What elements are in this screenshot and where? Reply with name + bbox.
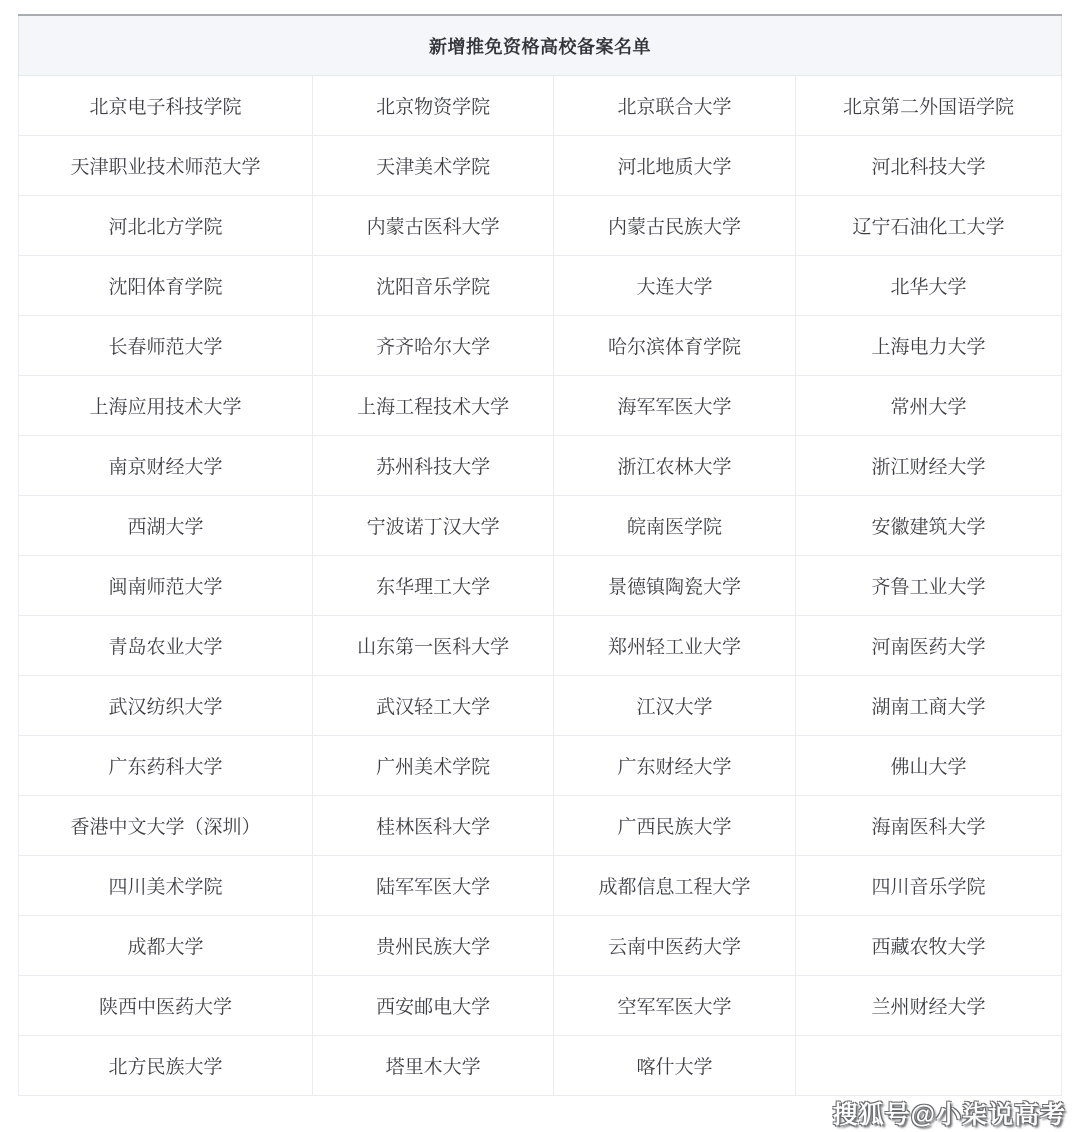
table-cell: 山东第一医科大学 [313, 616, 554, 676]
table-cell: 陕西中医药大学 [19, 976, 313, 1036]
table-cell: 沈阳体育学院 [19, 256, 313, 316]
table-cell: 皖南医学院 [554, 496, 796, 556]
table-cell: 贵州民族大学 [313, 916, 554, 976]
table-cell: 广西民族大学 [554, 796, 796, 856]
table-row: 陕西中医药大学西安邮电大学空军军医大学兰州财经大学 [19, 976, 1062, 1036]
table-cell: 浙江财经大学 [796, 436, 1062, 496]
watermark: 搜狐号@小柒说高考 [833, 1095, 1066, 1131]
table-cell: 塔里木大学 [313, 1036, 554, 1096]
table-cell: 海南医科大学 [796, 796, 1062, 856]
table-cell: 常州大学 [796, 376, 1062, 436]
table-row: 闽南师范大学东华理工大学景德镇陶瓷大学齐鲁工业大学 [19, 556, 1062, 616]
table-cell: 安徽建筑大学 [796, 496, 1062, 556]
table-cell: 闽南师范大学 [19, 556, 313, 616]
table-row: 上海应用技术大学上海工程技术大学海军军医大学常州大学 [19, 376, 1062, 436]
table-cell: 云南中医药大学 [554, 916, 796, 976]
table-cell: 上海电力大学 [796, 316, 1062, 376]
table-cell: 东华理工大学 [313, 556, 554, 616]
table-cell: 河北北方学院 [19, 196, 313, 256]
table-cell: 兰州财经大学 [796, 976, 1062, 1036]
table-cell: 河北地质大学 [554, 136, 796, 196]
table-title-row: 新增推免资格高校备案名单 [19, 15, 1062, 76]
table-cell: 湖南工商大学 [796, 676, 1062, 736]
table-cell: 佛山大学 [796, 736, 1062, 796]
table-cell: 武汉纺织大学 [19, 676, 313, 736]
table-cell: 辽宁石油化工大学 [796, 196, 1062, 256]
table-cell: 内蒙古民族大学 [554, 196, 796, 256]
table-row: 北方民族大学塔里木大学喀什大学 [19, 1036, 1062, 1096]
table-cell: 成都大学 [19, 916, 313, 976]
table-cell: 大连大学 [554, 256, 796, 316]
table-cell: 上海应用技术大学 [19, 376, 313, 436]
table-cell: 浙江农林大学 [554, 436, 796, 496]
table-cell: 广州美术学院 [313, 736, 554, 796]
table-cell: 空军军医大学 [554, 976, 796, 1036]
table-cell: 武汉轻工大学 [313, 676, 554, 736]
table-cell: 齐齐哈尔大学 [313, 316, 554, 376]
table-cell: 成都信息工程大学 [554, 856, 796, 916]
table-body: 北京电子科技学院北京物资学院北京联合大学北京第二外国语学院天津职业技术师范大学天… [19, 76, 1062, 1096]
table-cell [796, 1036, 1062, 1096]
table-cell: 四川美术学院 [19, 856, 313, 916]
table-cell: 河南医药大学 [796, 616, 1062, 676]
table-cell: 内蒙古医科大学 [313, 196, 554, 256]
table-cell: 天津职业技术师范大学 [19, 136, 313, 196]
page: 新增推免资格高校备案名单 北京电子科技学院北京物资学院北京联合大学北京第二外国语… [0, 0, 1080, 1132]
table-row: 青岛农业大学山东第一医科大学郑州轻工业大学河南医药大学 [19, 616, 1062, 676]
table-row: 香港中文大学（深圳）桂林医科大学广西民族大学海南医科大学 [19, 796, 1062, 856]
table-cell: 海军军医大学 [554, 376, 796, 436]
table-cell: 喀什大学 [554, 1036, 796, 1096]
table-cell: 青岛农业大学 [19, 616, 313, 676]
table-cell: 广东药科大学 [19, 736, 313, 796]
table-cell: 四川音乐学院 [796, 856, 1062, 916]
table-cell: 西安邮电大学 [313, 976, 554, 1036]
table-row: 长春师范大学齐齐哈尔大学哈尔滨体育学院上海电力大学 [19, 316, 1062, 376]
table-cell: 沈阳音乐学院 [313, 256, 554, 316]
table-row: 广东药科大学广州美术学院广东财经大学佛山大学 [19, 736, 1062, 796]
table-title: 新增推免资格高校备案名单 [19, 15, 1062, 76]
recommendation-universities-table: 新增推免资格高校备案名单 北京电子科技学院北京物资学院北京联合大学北京第二外国语… [18, 14, 1062, 1096]
table-cell: 齐鲁工业大学 [796, 556, 1062, 616]
table-row: 北京电子科技学院北京物资学院北京联合大学北京第二外国语学院 [19, 76, 1062, 136]
table-cell: 陆军军医大学 [313, 856, 554, 916]
table-cell: 桂林医科大学 [313, 796, 554, 856]
table-cell: 上海工程技术大学 [313, 376, 554, 436]
table-cell: 北方民族大学 [19, 1036, 313, 1096]
table-cell: 香港中文大学（深圳） [19, 796, 313, 856]
table-cell: 苏州科技大学 [313, 436, 554, 496]
table-cell: 哈尔滨体育学院 [554, 316, 796, 376]
table-row: 西湖大学宁波诺丁汉大学皖南医学院安徽建筑大学 [19, 496, 1062, 556]
table-cell: 江汉大学 [554, 676, 796, 736]
table-row: 武汉纺织大学武汉轻工大学江汉大学湖南工商大学 [19, 676, 1062, 736]
table-row: 成都大学贵州民族大学云南中医药大学西藏农牧大学 [19, 916, 1062, 976]
table-row: 南京财经大学苏州科技大学浙江农林大学浙江财经大学 [19, 436, 1062, 496]
table-row: 四川美术学院陆军军医大学成都信息工程大学四川音乐学院 [19, 856, 1062, 916]
table-cell: 西湖大学 [19, 496, 313, 556]
table-cell: 河北科技大学 [796, 136, 1062, 196]
table-cell: 西藏农牧大学 [796, 916, 1062, 976]
table-cell: 北华大学 [796, 256, 1062, 316]
table-cell: 长春师范大学 [19, 316, 313, 376]
table-cell: 北京第二外国语学院 [796, 76, 1062, 136]
table-cell: 南京财经大学 [19, 436, 313, 496]
table-cell: 天津美术学院 [313, 136, 554, 196]
table-cell: 广东财经大学 [554, 736, 796, 796]
table-cell: 郑州轻工业大学 [554, 616, 796, 676]
table-cell: 北京物资学院 [313, 76, 554, 136]
table-row: 沈阳体育学院沈阳音乐学院大连大学北华大学 [19, 256, 1062, 316]
table-cell: 景德镇陶瓷大学 [554, 556, 796, 616]
table-row: 河北北方学院内蒙古医科大学内蒙古民族大学辽宁石油化工大学 [19, 196, 1062, 256]
table-row: 天津职业技术师范大学天津美术学院河北地质大学河北科技大学 [19, 136, 1062, 196]
table-cell: 宁波诺丁汉大学 [313, 496, 554, 556]
table-cell: 北京联合大学 [554, 76, 796, 136]
table-cell: 北京电子科技学院 [19, 76, 313, 136]
